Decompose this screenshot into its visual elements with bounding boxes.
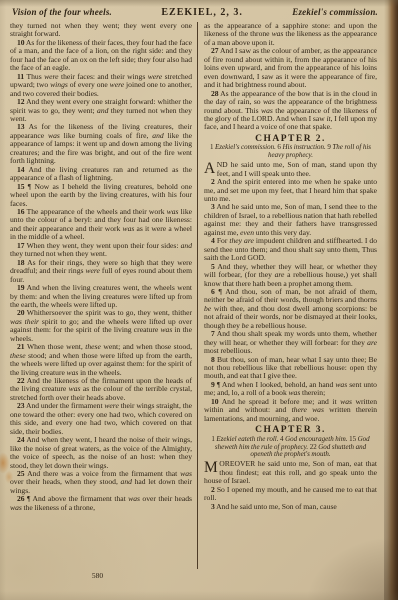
verse-paragraph: 10 As for the likeness of their faces, t… <box>10 39 192 73</box>
verse-number: 16 <box>17 207 25 216</box>
verse-paragraph: 16 The appearance of the wheels and thei… <box>10 208 192 242</box>
verse-number: 28 <box>211 89 219 98</box>
verse-paragraph: 19 And when the living creatures went, t… <box>10 284 192 309</box>
verse-paragraph: 7 And thou shalt speak my words unto the… <box>204 330 377 355</box>
chapter-summary: 1 Ezekiel's commission. 6 His instructio… <box>208 144 373 160</box>
running-head: Vision of the four wheels. EZEKIEL, 2, 3… <box>12 7 378 18</box>
verse-paragraph: 6 ¶ And thou, son of man, be not afraid … <box>204 288 377 330</box>
verse-paragraph: AND he said unto me, Son of man, stand u… <box>204 161 377 178</box>
drop-cap: M <box>204 460 219 475</box>
continuation-paragraph: they turned not when they went; they wen… <box>10 22 192 39</box>
verse-paragraph: 17 When they went, they went upon their … <box>10 242 192 259</box>
verse-paragraph: 28 As the appearance of the bow that is … <box>204 90 377 132</box>
verse-number: 10 <box>17 38 25 47</box>
verse-number: 4 <box>211 236 215 245</box>
verse-number: 11 <box>17 72 24 81</box>
verse-number: 8 <box>211 355 215 364</box>
verse-number: 13 <box>17 122 25 131</box>
verse-number: 6 <box>211 287 215 296</box>
verse-number: 17 <box>17 241 25 250</box>
verse-paragraph: 4 For they are impudent children and sti… <box>204 237 377 262</box>
page-number: 580 <box>0 571 195 580</box>
chapter-summary: 1 Ezekiel eateth the roll. 4 God encoura… <box>208 436 373 460</box>
verse-paragraph: 13 As for the likeness of the living cre… <box>10 123 192 165</box>
verse-number: 27 <box>211 46 219 55</box>
verse-paragraph: 3 And he said unto me, Son of man, cause <box>204 503 377 511</box>
verse-paragraph: 25 And there was a voice from the firmam… <box>10 470 192 495</box>
verse-paragraph: 10 And he spread it before me; and it wa… <box>204 398 377 423</box>
right-column: as the appearance of a sapphire stone: a… <box>197 22 380 569</box>
verse-paragraph: 3 And he said unto me, Son of man, I sen… <box>204 203 377 237</box>
verse-number: 3 <box>211 502 215 511</box>
verse-paragraph: 20 Whithersoever the spirit was to go, t… <box>10 309 192 343</box>
drop-cap: A <box>204 161 217 176</box>
verse-number: 14 <box>17 165 25 174</box>
verse-number: 23 <box>17 401 25 410</box>
verse-number: 24 <box>17 435 25 444</box>
book-page-edge <box>384 0 398 600</box>
verse-paragraph: 15 ¶ Now as I beheld the living creature… <box>10 183 192 208</box>
verse-paragraph: 5 And they, whether they will hear, or w… <box>204 263 377 288</box>
verse-paragraph: 12 And they went every one straight forw… <box>10 98 192 123</box>
page-content: Vision of the four wheels. EZEKIEL, 2, 3… <box>10 7 380 569</box>
verse-paragraph: 9 ¶ And when I looked, behold, an hand w… <box>204 381 377 398</box>
verse-number: 19 <box>17 283 25 292</box>
verse-paragraph: MOREOVER he said unto me, Son of man, ea… <box>204 460 377 485</box>
verse-number: 25 <box>17 469 25 478</box>
running-head-left: Vision of the four wheels. <box>12 7 112 17</box>
verse-number: 3 <box>211 202 215 211</box>
verse-paragraph: 8 But thou, son of man, hear what I say … <box>204 356 377 381</box>
running-head-title: EZEKIEL, 2, 3. <box>161 7 243 18</box>
chapter-heading: CHAPTER 2. <box>204 135 377 143</box>
verse-number: 5 <box>211 262 215 271</box>
verse-paragraph: 23 And under the firmament were their wi… <box>10 402 192 436</box>
running-head-right: Ezekiel's commission. <box>292 7 378 17</box>
verse-paragraph: 24 And when they went, I heard the noise… <box>10 436 192 470</box>
verse-paragraph: 2 And the spirit entered into me when he… <box>204 178 377 203</box>
verse-paragraph: 11 Thus were their faces: and their wing… <box>10 73 192 98</box>
text-columns: they turned not when they went; they wen… <box>10 22 380 569</box>
verse-paragraph: 27 And I saw as the colour of amber, as … <box>204 47 377 89</box>
verse-number: 18 <box>17 258 25 267</box>
verse-paragraph: 14 And the living creatures ran and retu… <box>10 166 192 183</box>
verse-paragraph: 21 When those went, these went; and when… <box>10 343 192 377</box>
continuation-paragraph: as the appearance of a sapphire stone: a… <box>204 22 377 47</box>
verse-number: 7 <box>211 329 215 338</box>
verse-paragraph: 18 As for their rings, they were so high… <box>10 259 192 284</box>
verse-number: 22 <box>17 376 25 385</box>
chapter-heading: CHAPTER 3. <box>204 426 377 434</box>
verse-number: 12 <box>17 97 25 106</box>
left-column: they turned not when they went; they wen… <box>10 22 197 569</box>
verse-paragraph: 22 And the likeness of the firmament upo… <box>10 377 192 402</box>
verse-number: 2 <box>211 177 215 186</box>
verse-number: 10 <box>211 397 219 406</box>
verse-number: 9 <box>211 380 215 389</box>
bible-page: { "header": { "left": "Vision of the fou… <box>0 0 398 600</box>
verse-number: 15 <box>17 182 25 191</box>
verse-paragraph: 26 ¶ And above the firmament that was ov… <box>10 495 192 512</box>
verse-number: 2 <box>211 485 215 494</box>
verse-paragraph: 2 So I opened my mouth, and he caused me… <box>204 486 377 503</box>
